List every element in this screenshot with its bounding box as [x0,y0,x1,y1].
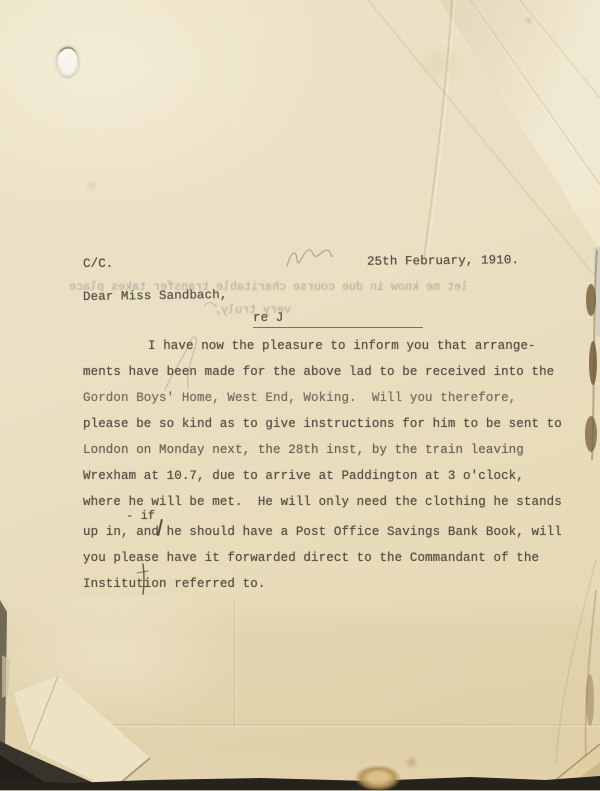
paper-highlight [0,0,340,230]
bottom-edge-shadow [0,776,600,791]
stain-faint [408,42,472,86]
paper-shadow-band [0,598,600,784]
body-line: please be so kind as to give instruction… [83,411,563,437]
body-line: Gordon Boys' Home, West End, Woking. Wil… [83,385,563,411]
backing-sheet-patch [8,596,236,726]
stain-small [404,756,419,769]
subject-line: re J [253,311,423,328]
corner-fold-shading [440,0,600,250]
stain-dot [524,16,533,25]
body-line: Wrexham at 10.7, due to arrive at Paddin… [83,463,563,489]
reference-code: C/C. [83,257,113,271]
letter-body: I have now the pleasure to inform you th… [83,333,563,597]
torn-right-edge [585,246,600,760]
backing-sheet-edge-horizontal [55,724,600,727]
insertion-note: - if [126,509,155,523]
body-line: ments have been made for the above lad t… [83,359,563,385]
backing-sheet-edge-vertical [234,598,237,726]
body-line: Institution referred to. [83,571,563,597]
insertion-mark: - [126,509,133,523]
bottom-right-fold [542,744,600,791]
date-line: 25th February, 1910. [367,253,519,269]
letter-scan: let me know in due course charitable tra… [0,0,600,791]
insertion-word: if [141,509,156,523]
body-line: I have now the pleasure to inform you th… [83,333,563,359]
bottom-left-tear [0,600,150,791]
stain-large [355,765,401,791]
stain-faint [84,180,99,192]
body-line: London on Monday next, the 28th inst, by… [83,437,563,463]
salutation: Dear Miss Sandbach, [83,288,228,304]
body-line: you please have it forwarded direct to t… [83,545,563,571]
paper-hole [57,49,78,78]
